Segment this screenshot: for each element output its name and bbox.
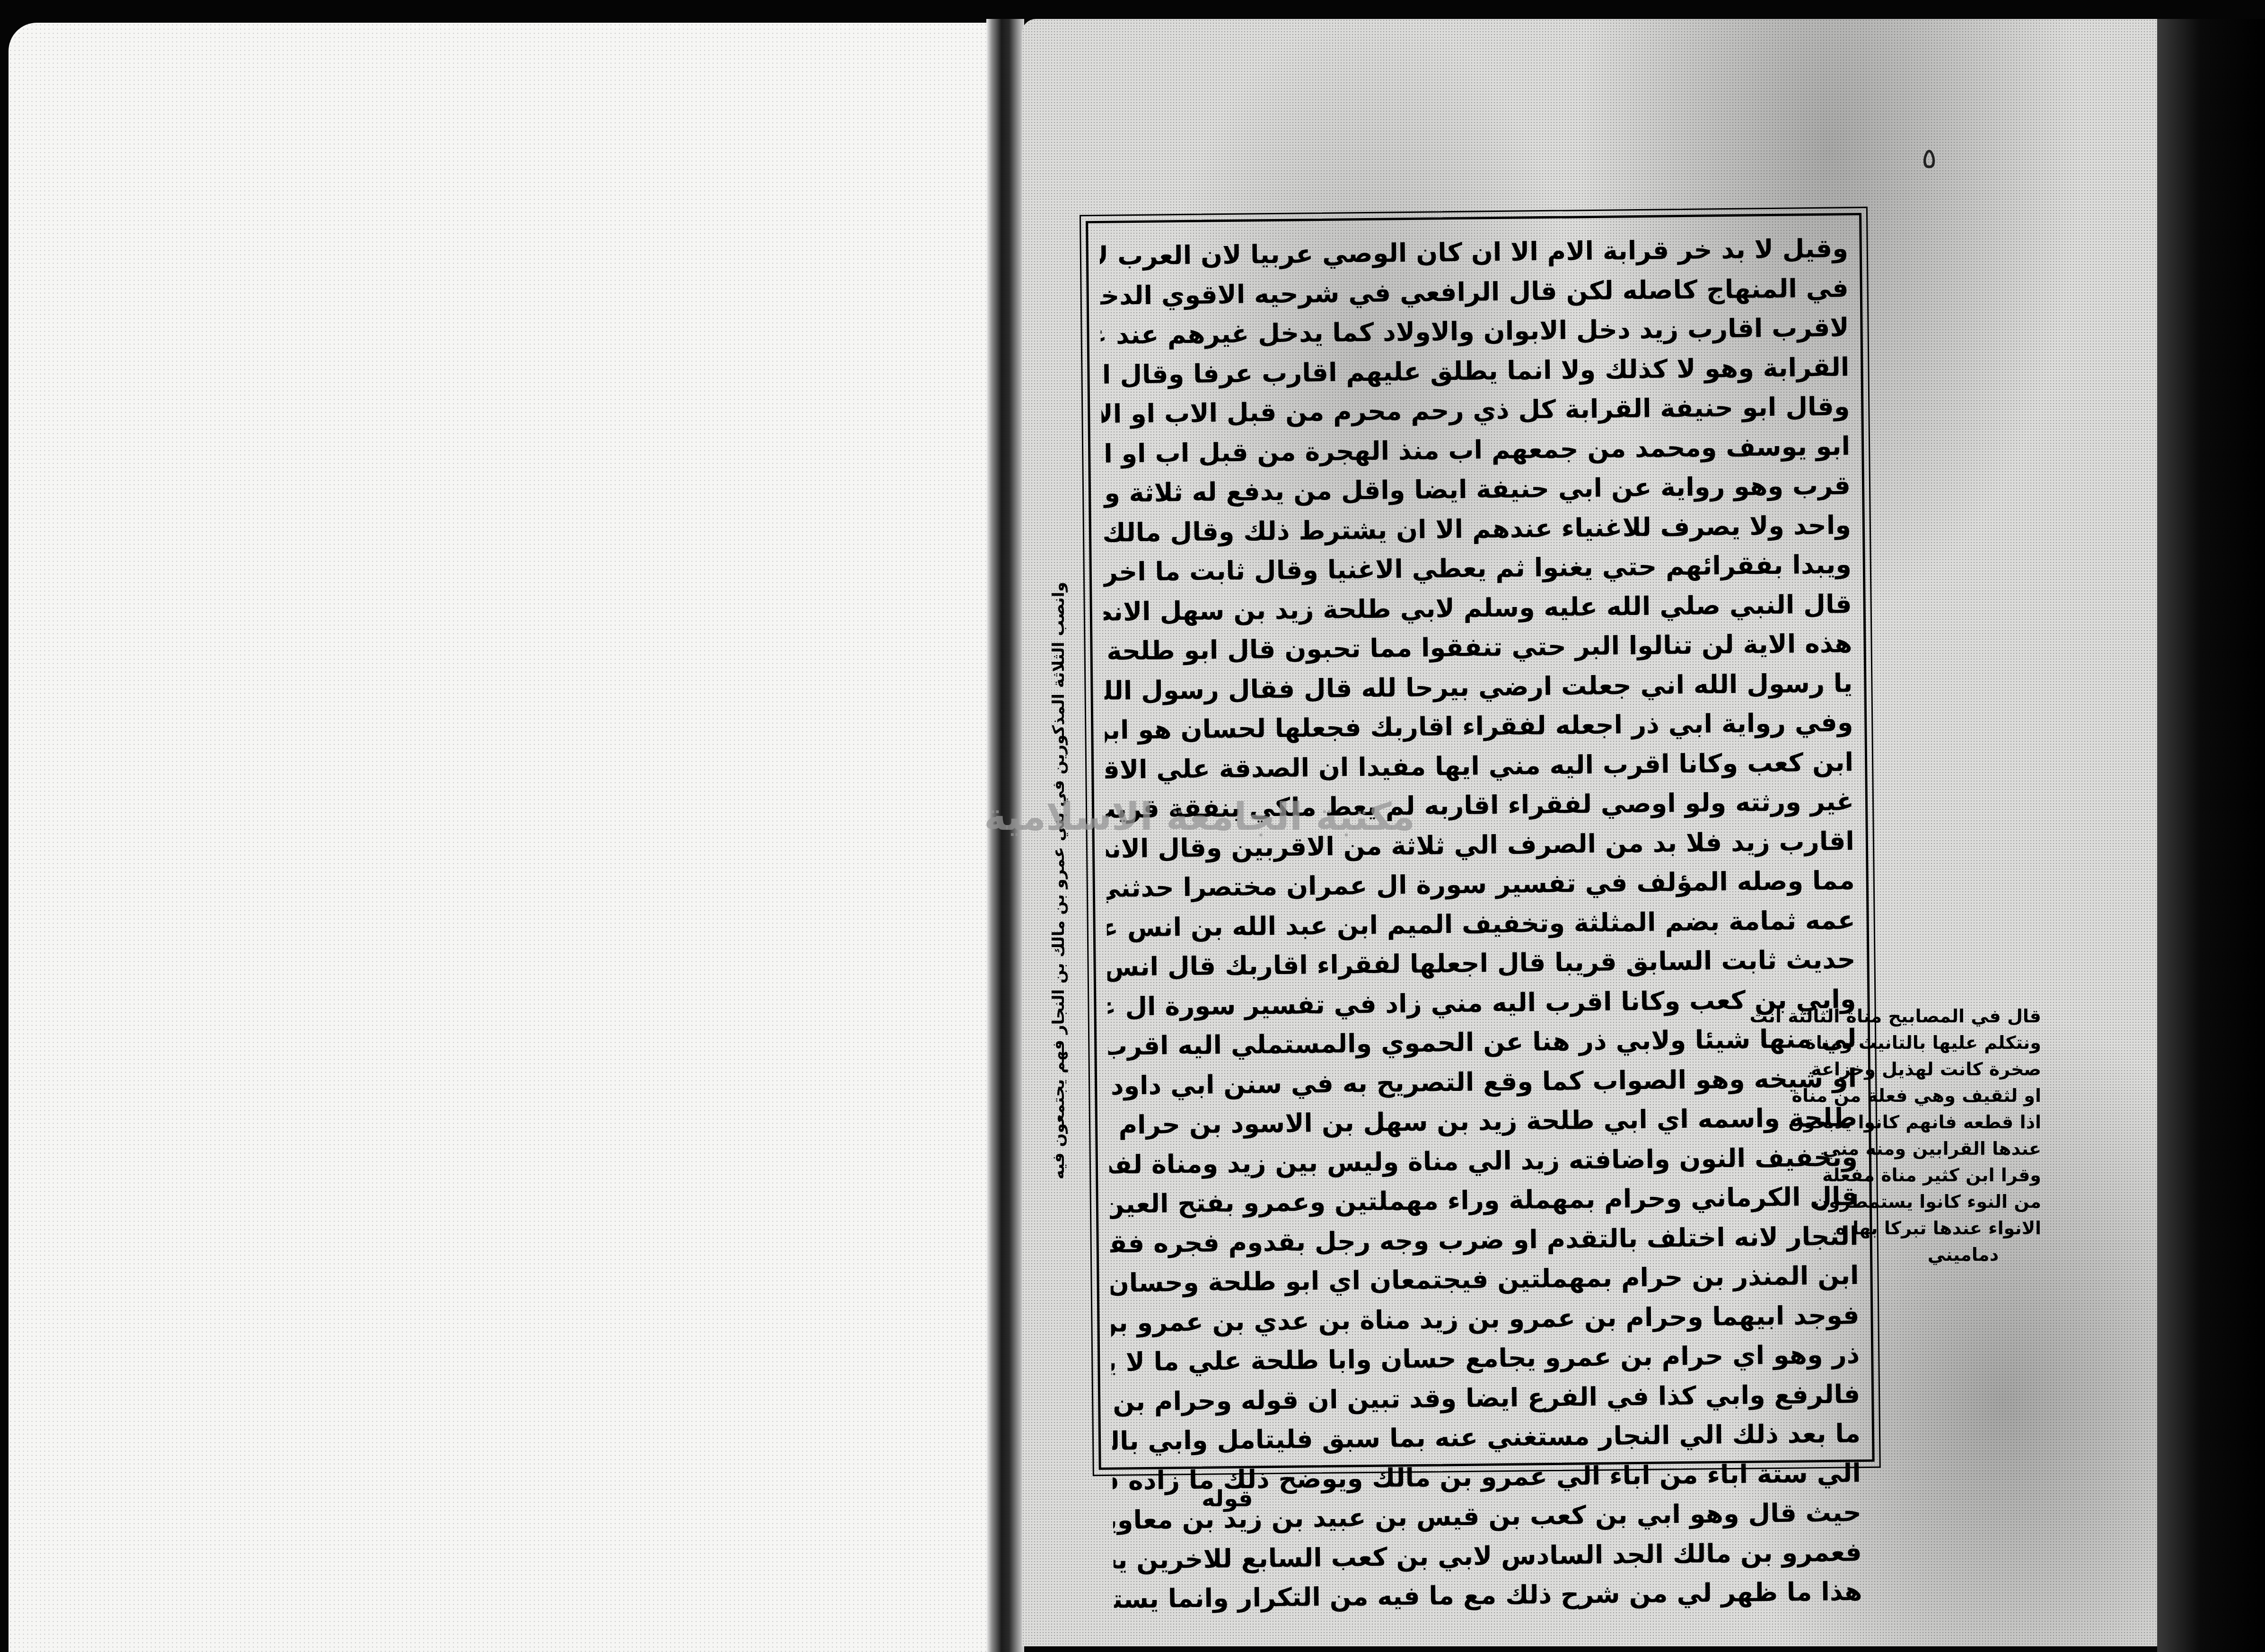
margin-note-line: اذا قطعه فانهم كانوا يذبحون (1885, 1109, 2041, 1135)
margin-note-line: صخرة كانت لهذيل وخزاعة (1885, 1056, 2041, 1082)
margin-note-line: عندها القرابين ومنه مني (1885, 1135, 2041, 1162)
margin-note-line: الانواء عندها تبركا بها ه (1885, 1215, 2041, 1241)
margin-note-line: او لثقيف وهي فعلة من مناة (1885, 1082, 2041, 1109)
margin-note-line: دماميني (1885, 1241, 2041, 1268)
margin-note-line: وقرا ابن كثير مناة مفعلة (1885, 1162, 2041, 1188)
library-watermark: مكتبة الجامعة الاسلامية (984, 795, 1415, 839)
margin-note-line: ونتكلم عليها بالتانيث ومناة (1885, 1029, 2041, 1056)
catchword: قوله (1202, 1485, 1253, 1512)
manuscript-line: هذا ما ظهر لي من شرح ذلك مع ما فيه من ال… (1114, 1572, 1862, 1619)
main-text-block: وقيل لا بد خر قرابة الام الا ان كان الوص… (1086, 213, 1875, 1470)
page-edge-shadow (2157, 19, 2265, 1652)
inner-margin-note: وانصب الثلاثة المذكورين في بني عمرو بن م… (1049, 582, 1082, 1623)
margin-note-line: قال في المصابيح مناة الثالثة انث (1885, 1003, 2041, 1029)
left-page-blank (9, 23, 995, 1652)
folio-mark: ٥ (1922, 142, 1937, 175)
margin-note-line: من النوء كانوا يستمطرون (1885, 1188, 2041, 1215)
right-margin-note: قال في المصابيح مناة الثالثة انثونتكلم ع… (1885, 1003, 2041, 1268)
